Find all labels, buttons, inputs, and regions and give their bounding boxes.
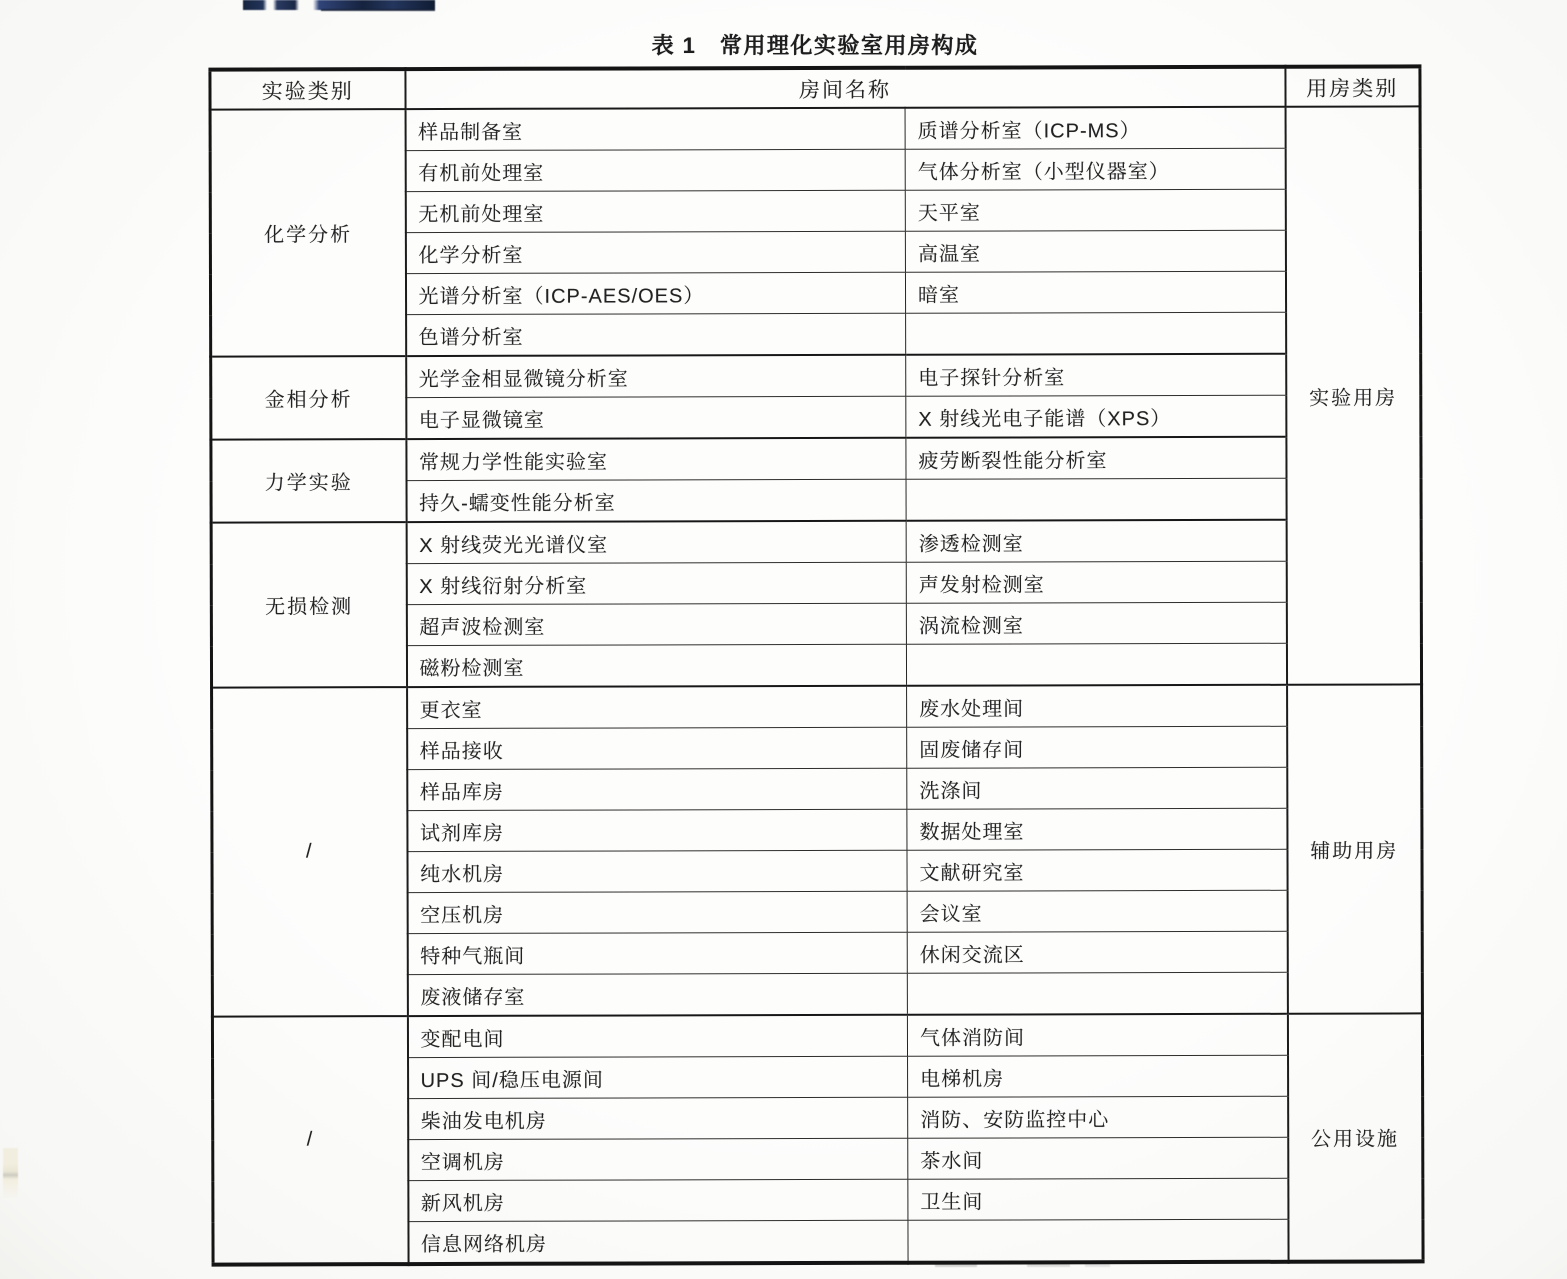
room-cell: 废液储存室 xyxy=(407,973,907,1016)
room-type-cell: 辅助用房 xyxy=(1287,684,1423,1013)
room-cell: 卫生间 xyxy=(908,1178,1288,1220)
table-title: 表 1 常用理化实验室用房构成 xyxy=(210,29,1420,60)
room-cell: 高温室 xyxy=(905,230,1285,272)
room-cell: 消防、安防监控中心 xyxy=(908,1096,1288,1138)
room-cell: 化学分析室 xyxy=(405,231,905,273)
room-cell: 电子探针分析室 xyxy=(906,354,1286,396)
room-cell xyxy=(906,478,1286,520)
room-cell: 变配电间 xyxy=(407,1015,907,1058)
header-room-name: 房间名称 xyxy=(405,67,1285,109)
room-cell: 疲劳断裂性能分析室 xyxy=(906,437,1286,479)
table-row: /变配电间气体消防间公用设施 xyxy=(212,1013,1422,1058)
room-cell: 更衣室 xyxy=(407,686,907,729)
room-composition-table: 实验类别 房间名称 用房类别 化学分析样品制备室质谱分析室（ICP-MS）实验用… xyxy=(208,64,1424,1266)
room-cell: 磁粉检测室 xyxy=(406,644,906,687)
room-cell: 试剂库房 xyxy=(407,809,907,851)
room-cell: 持久-蠕变性能分析室 xyxy=(406,479,906,522)
left-edge-scan-artifact xyxy=(3,1148,18,1200)
room-cell: 涡流检测室 xyxy=(906,602,1286,644)
table-row: 化学分析样品制备室质谱分析室（ICP-MS）实验用房 xyxy=(210,106,1420,151)
room-cell: X 射线荧光光谱仪室 xyxy=(406,521,906,564)
room-cell: 样品制备室 xyxy=(405,108,905,151)
room-cell: 休闲交流区 xyxy=(907,931,1287,973)
room-cell: 洗涤间 xyxy=(907,767,1287,809)
header-row: 实验类别 房间名称 用房类别 xyxy=(210,66,1420,109)
table-row: 力学实验常规力学性能实验室疲劳断裂性能分析室 xyxy=(211,436,1421,481)
room-cell: X 射线衍射分析室 xyxy=(406,562,906,604)
room-cell: 会议室 xyxy=(907,890,1287,932)
room-cell: 固废储存间 xyxy=(907,726,1287,768)
room-cell: 色谱分析室 xyxy=(406,313,906,356)
room-cell: 天平室 xyxy=(905,189,1285,231)
room-cell: 声发射检测室 xyxy=(906,561,1286,603)
room-cell: 新风机房 xyxy=(408,1179,908,1221)
room-cell: 超声波检测室 xyxy=(406,603,906,645)
room-cell: UPS 间/稳压电源间 xyxy=(408,1056,908,1098)
room-cell: 茶水间 xyxy=(908,1137,1288,1179)
room-cell: 废水处理间 xyxy=(907,685,1287,727)
category-cell: / xyxy=(212,687,408,1017)
header-category: 实验类别 xyxy=(210,69,405,110)
room-cell xyxy=(906,312,1286,354)
table-body: 化学分析样品制备室质谱分析室（ICP-MS）实验用房有机前处理室气体分析室（小型… xyxy=(210,106,1423,1264)
room-cell: 无机前处理室 xyxy=(405,190,905,232)
category-cell: / xyxy=(212,1016,408,1265)
room-cell: 常规力学性能实验室 xyxy=(406,438,906,481)
room-cell: 气体消防间 xyxy=(907,1014,1287,1056)
cropped-top-smudge-artifact xyxy=(243,0,435,10)
room-cell xyxy=(907,972,1287,1014)
table-row: 无损检测X 射线荧光光谱仪室渗透检测室 xyxy=(211,519,1421,564)
category-cell: 化学分析 xyxy=(210,109,406,357)
room-cell xyxy=(906,643,1286,685)
room-cell: 有机前处理室 xyxy=(405,149,905,191)
room-type-cell: 实验用房 xyxy=(1285,106,1422,684)
room-cell: 特种气瓶间 xyxy=(407,932,907,974)
room-type-cell: 公用设施 xyxy=(1287,1013,1423,1261)
room-cell: 柴油发电机房 xyxy=(408,1097,908,1139)
category-cell: 无损检测 xyxy=(211,522,406,688)
room-cell: 样品库房 xyxy=(407,768,907,810)
room-cell: 质谱分析室（ICP-MS） xyxy=(905,107,1285,149)
room-cell: X 射线光电子能谱（XPS） xyxy=(906,395,1286,437)
room-cell: 电子显微镜室 xyxy=(406,396,906,439)
table-row: 金相分析光学金相显微镜分析室电子探针分析室 xyxy=(211,353,1421,398)
room-cell: 电梯机房 xyxy=(908,1055,1288,1097)
header-room-type: 用房类别 xyxy=(1285,66,1420,106)
room-cell: 信息网络机房 xyxy=(408,1220,908,1264)
category-cell: 金相分析 xyxy=(211,356,406,440)
room-cell: 纯水机房 xyxy=(407,850,907,892)
room-cell: 空压机房 xyxy=(407,891,907,933)
room-cell: 光谱分析室（ICP-AES/OES） xyxy=(405,272,905,314)
room-cell: 文献研究室 xyxy=(907,849,1287,891)
room-cell xyxy=(908,1219,1288,1262)
category-cell: 力学实验 xyxy=(211,439,406,523)
room-cell: 暗室 xyxy=(905,271,1285,313)
room-cell: 空调机房 xyxy=(408,1138,908,1180)
room-cell: 渗透检测室 xyxy=(906,520,1286,562)
room-cell: 数据处理室 xyxy=(907,808,1287,850)
room-cell: 气体分析室（小型仪器室） xyxy=(905,148,1285,190)
table-row: /更衣室废水处理间辅助用房 xyxy=(212,684,1422,729)
room-cell: 样品接收 xyxy=(407,727,907,769)
room-cell: 光学金相显微镜分析室 xyxy=(406,355,906,398)
